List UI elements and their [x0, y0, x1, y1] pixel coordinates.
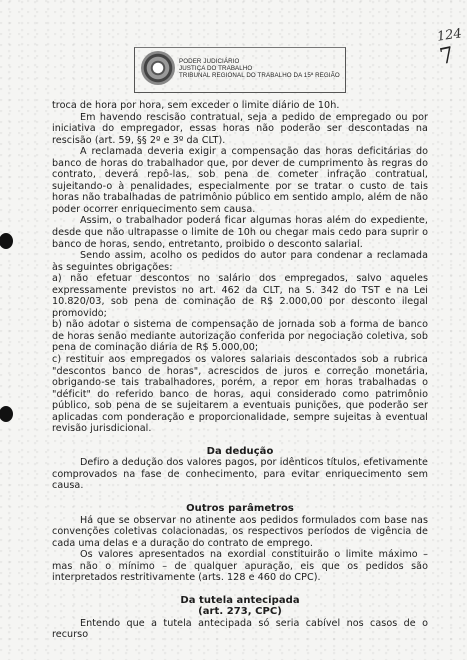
section-heading-tutela-antecipada: Da tutela antecipada — [52, 595, 428, 607]
letterhead-line-1: PODER JUDICIÁRIO — [179, 58, 340, 65]
list-item-c: c) restituir aos empregados os valores s… — [52, 354, 428, 435]
document-body: troca de hora por hora, sem exceder o li… — [52, 100, 428, 641]
paragraph: Em havendo rescisão contratual, seja a p… — [52, 112, 428, 147]
letterhead-text: PODER JUDICIÁRIO JUSTIÇA DO TRABALHO TRI… — [179, 58, 340, 80]
paragraph: Entendo que a tutela antecipada só seria… — [52, 618, 428, 641]
coat-of-arms-seal-icon — [141, 51, 175, 85]
letterhead-line-2: JUSTIÇA DO TRABALHO — [179, 65, 340, 72]
punch-hole-icon — [0, 233, 13, 249]
section-heading-deducao: Da dedução — [52, 446, 428, 458]
list-item-a: a) não efetuar descontos no salário dos … — [52, 273, 428, 319]
court-letterhead: PODER JUDICIÁRIO JUSTIÇA DO TRABALHO TRI… — [134, 47, 346, 93]
section-heading-outros-parametros: Outros parâmetros — [52, 503, 428, 515]
punch-hole-icon — [0, 406, 13, 422]
folio-number: 124 — [436, 26, 463, 44]
scanned-document-page: PODER JUDICIÁRIO JUSTIÇA DO TRABALHO TRI… — [0, 0, 467, 660]
paragraph: Os valores apresentados na exordial cons… — [52, 549, 428, 584]
letterhead-line-3: TRIBUNAL REGIONAL DO TRABALHO DA 15ª REG… — [179, 72, 340, 79]
folio-initial-mark: 7 — [438, 43, 457, 70]
paragraph: Sendo assim, acolho os pedidos do autor … — [52, 250, 428, 273]
paragraph: Defiro a dedução dos valores pagos, por … — [52, 457, 428, 492]
paragraph: troca de hora por hora, sem exceder o li… — [52, 100, 428, 112]
paragraph: A reclamada deveria exigir a compensação… — [52, 146, 428, 215]
paragraph: Assim, o trabalhador poderá ficar alguma… — [52, 215, 428, 250]
paragraph: Há que se observar no atinente aos pedid… — [52, 515, 428, 550]
section-subheading-tutela-antecipada: (art. 273, CPC) — [52, 606, 428, 618]
list-item-b: b) não adotar o sistema de compensação d… — [52, 319, 428, 354]
